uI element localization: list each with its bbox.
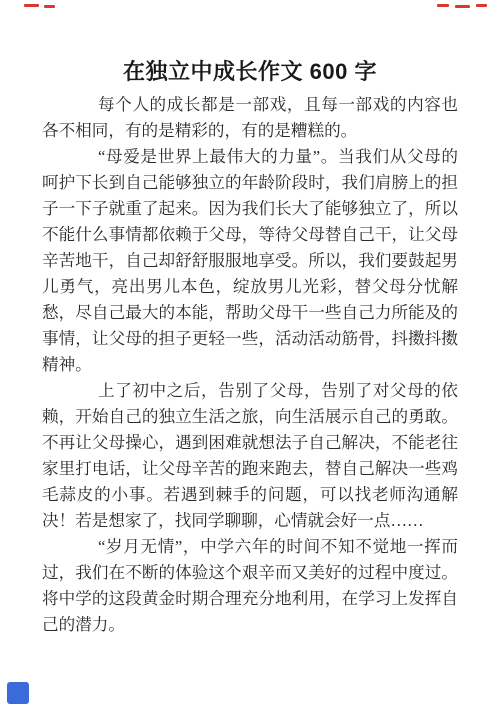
red-dash-mark-icon [24,4,39,7]
red-dash-mark-icon [455,5,470,8]
page-title: 在独立中成长作文 600 字 [0,57,500,87]
essay-paragraph: 上了初中之后，告别了父母，告别了对父母的依赖，开始自己的独立生活之旅，向生活展示… [42,378,458,534]
blue-square-icon [7,682,29,704]
document-page: 在独立中成长作文 600 字 每个人的成长都是一部戏，且每一部戏的内容也各不相同… [0,0,500,707]
red-dash-mark-icon [44,5,55,8]
red-dash-mark-icon [437,4,449,7]
essay-paragraph: 每个人的成长都是一部戏，且每一部戏的内容也各不相同，有的是精彩的，有的是糟糕的。 [42,92,458,144]
essay-paragraph: “岁月无情”，中学六年的时间不知不觉地一挥而过，我们在不断的体验这个艰辛而又美好… [42,534,458,638]
essay-paragraph: “母爱是世界上最伟大的力量”。当我们从父母的呵护下长到自己能够独立的年龄阶段时，… [42,144,458,378]
essay-body: 每个人的成长都是一部戏，且每一部戏的内容也各不相同，有的是精彩的，有的是糟糕的。… [42,92,458,638]
red-dash-mark-icon [476,4,487,7]
